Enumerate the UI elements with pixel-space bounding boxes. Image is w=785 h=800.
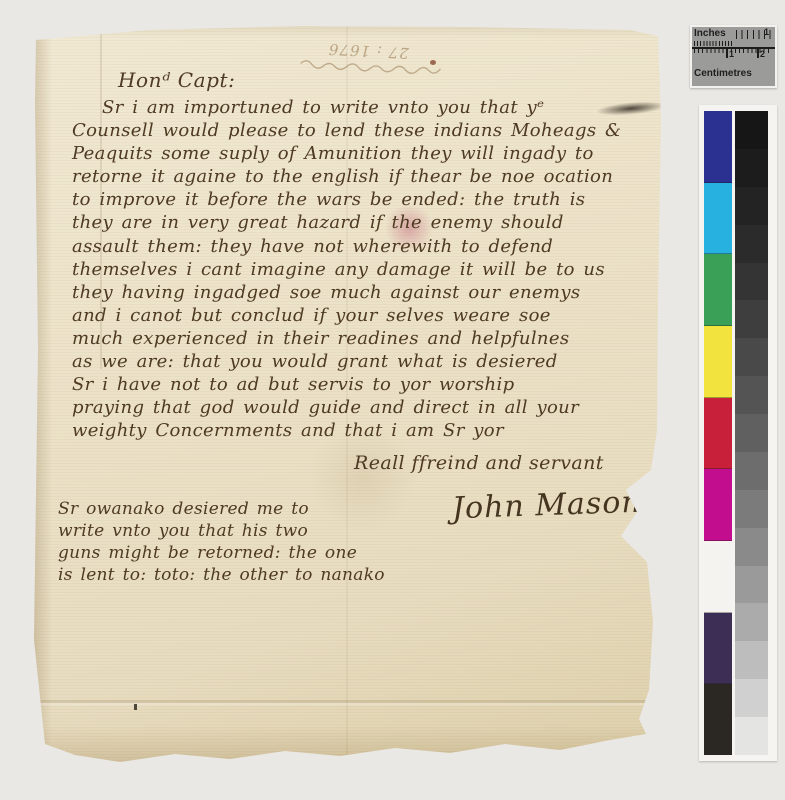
letter-line: and i canot but conclud if your selves w… [72, 304, 672, 327]
letter-line: assault them: they have not wherewith to… [72, 235, 672, 258]
letter-heading: Honᵈ Capt: [118, 68, 236, 92]
letter-line: Sr i have not to ad but servis to yor wo… [72, 373, 672, 396]
centimetres-label: Centimetres [694, 68, 752, 79]
letter-line: to improve it before the wars be ended: … [72, 188, 672, 211]
paper-bottom-edge-shading [28, 725, 683, 777]
cm-tick-2 [757, 47, 759, 58]
color-patch-green [704, 254, 732, 326]
color-calibration-strip [699, 105, 777, 761]
cm-mark-2: 2 [760, 49, 765, 59]
paper-top-edge-shading [28, 22, 683, 38]
grayscale-step [735, 679, 768, 717]
cm-tick-1 [726, 47, 728, 58]
letter-line: praying that god would guide and direct … [72, 396, 672, 419]
inches-label: Inches [694, 28, 726, 39]
color-patch-column [704, 111, 732, 755]
grayscale-step [735, 263, 768, 301]
color-patch-red [704, 398, 732, 470]
letter-line: they are in very great hazard if the ene… [72, 211, 672, 234]
letter-line: as we are: that you would grant what is … [72, 350, 672, 373]
letter-line: they having ingadged soe much against ou… [72, 281, 672, 304]
letter-line: Counsell would please to lend these indi… [72, 119, 672, 142]
letter-line: weighty Concernments and that i am Sr yo… [72, 419, 672, 442]
color-patch-white [704, 541, 732, 613]
docket-show-through: 27 : 1676 [267, 37, 468, 79]
letter-line: Peaquits some suply of Amunition they wi… [72, 142, 672, 165]
color-patch-dark-purple [704, 613, 732, 685]
grayscale-column [735, 111, 768, 755]
signature: John Mason [451, 485, 642, 527]
grayscale-step [735, 603, 768, 641]
color-patch-blue [704, 111, 732, 183]
grayscale-step [735, 187, 768, 225]
grayscale-step [735, 717, 768, 755]
horizontal-fold-crease [28, 700, 683, 703]
grayscale-step [735, 414, 768, 452]
letter-line: themselves i cant imagine any damage it … [72, 258, 672, 281]
letter-line: Sr i am importuned to write vnto you tha… [72, 96, 672, 119]
grayscale-step [735, 528, 768, 566]
grayscale-step [735, 490, 768, 528]
color-patch-cyan [704, 183, 732, 255]
ruler-scale: Inches 1 1 2 Centimetres [692, 27, 775, 86]
minor-ticks [694, 41, 734, 46]
ruler-card: Inches 1 1 2 Centimetres [690, 25, 777, 88]
postscript-line: guns might be retorned: the one [58, 542, 385, 564]
letter-line: much experienced in their readines and h… [72, 327, 672, 350]
scanned-letter-photograph: 27 : 1676 Honᵈ Capt: Sr i am importuned … [0, 0, 785, 800]
letter-closing: Reall ffreind and servant [354, 452, 604, 474]
grayscale-step [735, 111, 768, 149]
grayscale-step [735, 566, 768, 604]
grayscale-step [735, 225, 768, 263]
letter-body: Sr i am importuned to write vnto you tha… [72, 96, 672, 442]
postscript-line: write vnto you that his two [58, 520, 385, 542]
paper-left-edge-shading [28, 22, 52, 777]
grayscale-step [735, 641, 768, 679]
letter-line: retorne it againe to the english if thea… [72, 165, 672, 188]
grayscale-step [735, 376, 768, 414]
grayscale-step [735, 452, 768, 490]
color-patch-yellow [704, 326, 732, 398]
inch-ticks [736, 30, 772, 39]
color-patch-black [704, 684, 732, 755]
cm-mark-1: 1 [729, 49, 734, 59]
postscript-line: Sr owanako desiered me to [58, 498, 385, 520]
paper-speck [134, 704, 137, 710]
grayscale-step [735, 300, 768, 338]
grayscale-step [735, 338, 768, 376]
grayscale-step [735, 149, 768, 187]
postscript: Sr owanako desiered me to write vnto you… [58, 498, 385, 586]
paper-right-edge-shading [669, 22, 683, 777]
color-patch-magenta [704, 469, 732, 541]
letter-paper: 27 : 1676 Honᵈ Capt: Sr i am importuned … [28, 22, 683, 777]
postscript-line: is lent to: toto: the other to nanako [58, 564, 385, 586]
